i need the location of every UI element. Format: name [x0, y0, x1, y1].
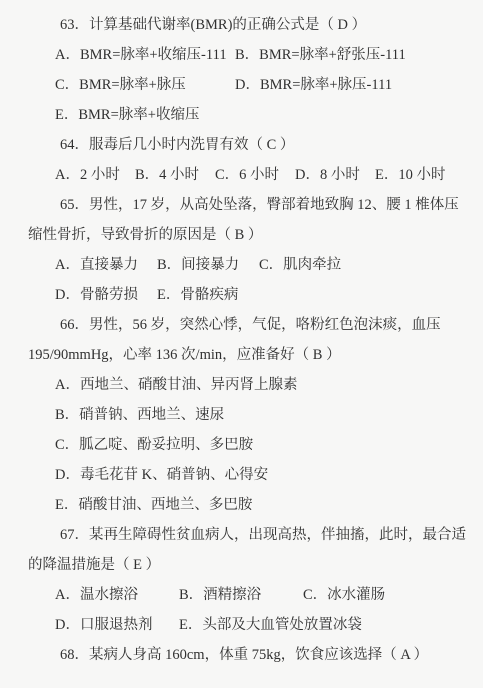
option-text: C．6 小时	[215, 160, 295, 190]
option-text: A．温水擦浴	[55, 580, 179, 610]
option-text: B．4 小时	[135, 160, 215, 190]
question-line: 63．计算基础代谢率(BMR)的正确公式是（ D ）	[28, 10, 483, 40]
option-line: A．直接暴力B．间接暴力C．肌肉牵拉	[28, 250, 483, 280]
line-text: 68．某病人身高 160cm，体重 75kg，饮食应该选择（ A ）	[60, 640, 428, 670]
line-text: 66．男性，56 岁，突然心悸，气促，咯粉红色泡沫痰，血压	[60, 310, 441, 340]
line-text: 64．服毒后几小时内洗胃有效（ C ）	[60, 130, 294, 160]
option-text: A．BMR=脉率+收缩压-111	[55, 40, 235, 70]
option-line: A．温水擦浴B．酒精擦浴C．冰水灌肠	[28, 580, 483, 610]
option-line: A．2 小时B．4 小时C．6 小时D．8 小时E．10 小时	[28, 160, 483, 190]
option-text: D．BMR=脉率+脉压-111	[235, 70, 392, 100]
option-text: E．BMR=脉率+收缩压	[55, 100, 199, 130]
option-line: E．BMR=脉率+收缩压	[28, 100, 483, 130]
option-text: D．骨骼劳损	[55, 280, 157, 310]
option-text: D．8 小时	[295, 160, 375, 190]
line-text: 195/90mmHg，心率 136 次/min，应准备好（ B ）	[28, 340, 341, 370]
option-text: B．硝普钠、西地兰、速尿	[55, 400, 224, 430]
continuation-line: 缩性骨折，导致骨折的原因是（ B ）	[28, 220, 483, 250]
option-text: D．口服退热剂	[55, 610, 179, 640]
option-text: C．肌肉牵拉	[259, 250, 341, 280]
question-line: 66．男性，56 岁，突然心悸，气促，咯粉红色泡沫痰，血压	[28, 310, 483, 340]
exam-document-page: 63．计算基础代谢率(BMR)的正确公式是（ D ）A．BMR=脉率+收缩压-1…	[0, 0, 483, 688]
question-line: 68．某病人身高 160cm，体重 75kg，饮食应该选择（ A ）	[28, 640, 483, 670]
option-line: E．硝酸甘油、西地兰、多巴胺	[28, 490, 483, 520]
line-text: 的降温措施是（ E ）	[28, 550, 160, 580]
option-text: B．BMR=脉率+舒张压-111	[235, 40, 406, 70]
option-text: A．直接暴力	[55, 250, 157, 280]
option-text: B．间接暴力	[157, 250, 259, 280]
question-line: 64．服毒后几小时内洗胃有效（ C ）	[28, 130, 483, 160]
option-line: A．西地兰、硝酸甘油、异丙肾上腺素	[28, 370, 483, 400]
line-text: 63．计算基础代谢率(BMR)的正确公式是（ D ）	[60, 10, 366, 40]
question-line: 65．男性，17 岁，从高处坠落，臀部着地致胸 12、腰 1 椎体压	[28, 190, 483, 220]
option-text: E．硝酸甘油、西地兰、多巴胺	[55, 490, 252, 520]
option-text: D．毒毛花苷 K、硝普钠、心得安	[55, 460, 268, 490]
option-line: A．BMR=脉率+收缩压-111B．BMR=脉率+舒张压-111	[28, 40, 483, 70]
option-text: E．头部及大血管处放置冰袋	[179, 610, 362, 640]
option-text: A．西地兰、硝酸甘油、异丙肾上腺素	[55, 370, 297, 400]
continuation-line: 195/90mmHg，心率 136 次/min，应准备好（ B ）	[28, 340, 483, 370]
line-text: 65．男性，17 岁，从高处坠落，臀部着地致胸 12、腰 1 椎体压	[60, 190, 459, 220]
line-text: 缩性骨折，导致骨折的原因是（ B ）	[28, 220, 262, 250]
option-text: A．2 小时	[55, 160, 135, 190]
option-text: C．BMR=脉率+脉压	[55, 70, 235, 100]
option-text: C．胍乙啶、酚妥拉明、多巴胺	[55, 430, 253, 460]
option-line: D．口服退热剂E．头部及大血管处放置冰袋	[28, 610, 483, 640]
continuation-line: 的降温措施是（ E ）	[28, 550, 483, 580]
option-line: C．胍乙啶、酚妥拉明、多巴胺	[28, 430, 483, 460]
option-line: D．毒毛花苷 K、硝普钠、心得安	[28, 460, 483, 490]
option-line: B．硝普钠、西地兰、速尿	[28, 400, 483, 430]
line-text: 67．某再生障碍性贫血病人，出现高热，伴抽搐，此时，最合适	[60, 520, 466, 550]
option-text: E．骨骼疾病	[157, 280, 238, 310]
question-line: 67．某再生障碍性贫血病人，出现高热，伴抽搐，此时，最合适	[28, 520, 483, 550]
option-text: C．冰水灌肠	[303, 580, 385, 610]
option-text: B．酒精擦浴	[179, 580, 303, 610]
option-line: C．BMR=脉率+脉压D．BMR=脉率+脉压-111	[28, 70, 483, 100]
option-text: E．10 小时	[375, 160, 445, 190]
option-line: D．骨骼劳损E．骨骼疾病	[28, 280, 483, 310]
